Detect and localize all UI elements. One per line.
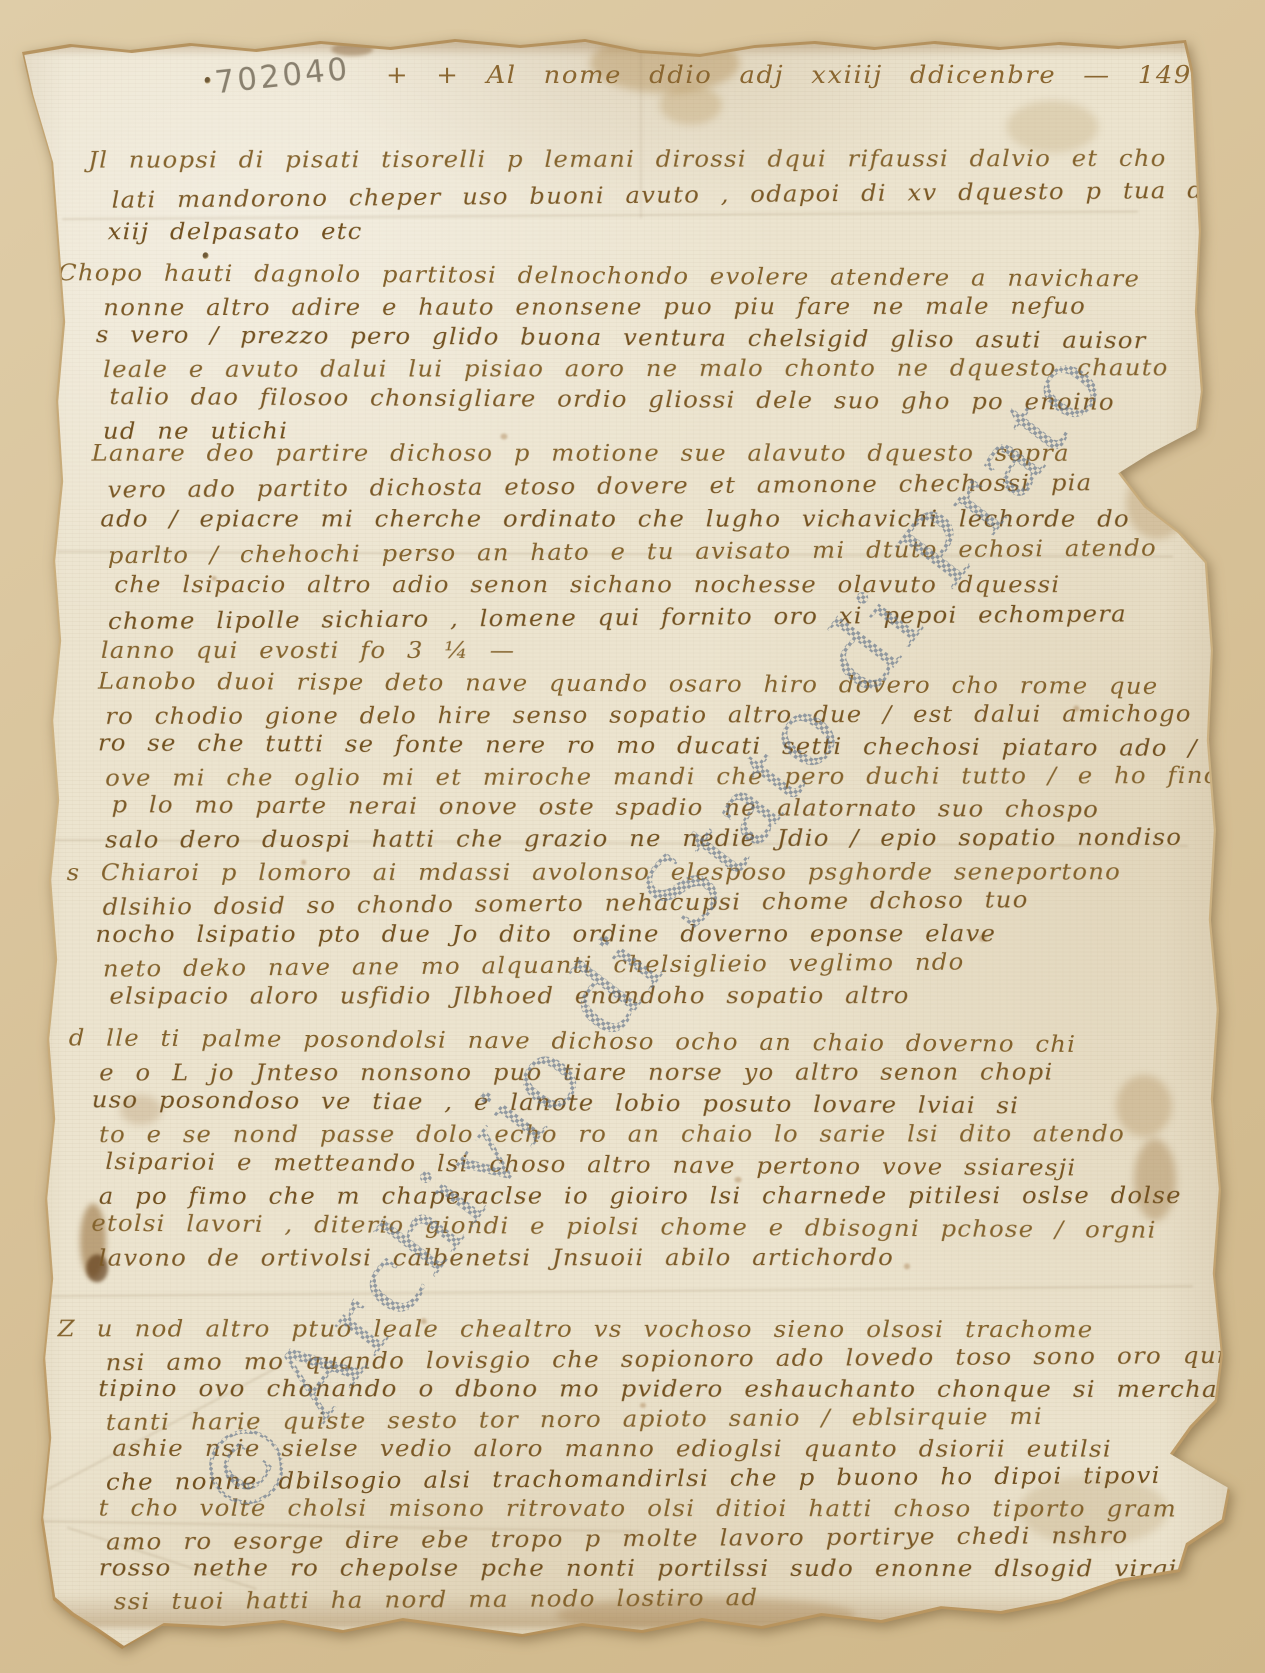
pinhole xyxy=(205,77,211,84)
manuscript-line: Z u nod altro ptuo leale chealtro vs voc… xyxy=(58,1314,1226,1345)
manuscript-line: nonne altro adire e hauto enonsene puo p… xyxy=(103,292,1169,325)
manuscript-line: lati mandorono cheper uso buoni avuto , … xyxy=(111,172,1246,218)
manuscript-line: rosso nethe ro chepolse pche nonti porti… xyxy=(99,1553,1227,1584)
manuscript-line: lsiparioi e metteando lsi choso altro na… xyxy=(105,1147,1182,1185)
manuscript-line: nsi amo mo quando lovisgio che sopionoro… xyxy=(106,1341,1227,1378)
paragraph: s Chiaroi p lomoro ai mdassi avolonso el… xyxy=(95,856,1122,1015)
crease-line xyxy=(47,1285,1193,1297)
manuscript-line: chome lipolle sichiaro , lomene qui forn… xyxy=(108,598,1157,639)
manuscript-paper: 702040 + + Al nome ddio adj xxiiij ddice… xyxy=(2,3,1262,1670)
manuscript-line: a po fimo che m chaperaclse io gioiro ls… xyxy=(99,1181,1182,1213)
manuscript-line: tipino ovo chonando o dbono mo pvidero e… xyxy=(98,1374,1226,1405)
manuscript-line: ashie nsie sielse vedio aloro manno edio… xyxy=(112,1434,1226,1465)
manuscript-line: talio dao filosoo chonsigliare ordio gli… xyxy=(109,382,1168,419)
paragraph: Z u nod altro ptuo leale chealtro vs voc… xyxy=(98,1313,1227,1615)
manuscript-line: e o L jo Jnteso nonsono puo tiare norse … xyxy=(99,1058,1182,1090)
manuscript-line: che nonne dbilsogio alsi trachomandirlsi… xyxy=(106,1461,1227,1498)
manuscript-line: ove mi che oglio mi et miroche mandi che… xyxy=(105,761,1265,795)
manuscript-line: p lo mo parte nerai onove oste spadio ne… xyxy=(111,790,1265,827)
manuscript-line: neto deko nave ane mo alquanti chelsigli… xyxy=(103,946,1122,985)
manuscript-line: d lle ti palme posondolsi nave dichoso o… xyxy=(69,1023,1183,1061)
manuscript-line: Lanobo duoi rispe deto nave quando osaro… xyxy=(98,667,1265,704)
paragraph: Lanobo duoi rispe deto nave quando osaro… xyxy=(98,669,1265,856)
header-date-line: + + Al nome ddio adj xxiiij ddicenbre — … xyxy=(386,61,1210,89)
manuscript-line: tanti harie quiste sesto tor noro apioto… xyxy=(106,1401,1227,1438)
manuscript-line: Lanare deo partire dichoso p motione sue… xyxy=(92,438,1157,471)
manuscript-line: uso posondoso ve tiae , e lanote lobio p… xyxy=(92,1085,1183,1123)
manuscript-line: vero ado partito dichosta etoso dovere e… xyxy=(107,467,1156,508)
manuscript-line: Chopo hauti dagnolo partitosi delnochond… xyxy=(58,258,1169,295)
manuscript-line: nocho lsipatio pto due Jo dito ordine do… xyxy=(95,919,1121,951)
manuscript-line: dlsihio dosid so chondo somerto nehacups… xyxy=(103,884,1122,923)
manuscript-line: elsipacio aloro usfidio Jlbhoed enondoho… xyxy=(109,981,1121,1013)
paper-shadow: 702040 + + Al nome ddio adj xxiiij ddice… xyxy=(0,0,1265,1673)
manuscript-line: Jl nuopsi di pisati tisorelli p lemani d… xyxy=(88,141,1246,179)
manuscript-scan: 702040 + + Al nome ddio adj xxiiij ddice… xyxy=(0,0,1265,1673)
manuscript-line: leale e avuto dalui lui pisiao aoro ne m… xyxy=(103,353,1169,386)
stain xyxy=(30,782,44,800)
manuscript-line: parlto / chehochi perso an hato e tu avi… xyxy=(108,532,1157,573)
manuscript-line: amo ro esorge dire ebe tropo p molte lav… xyxy=(106,1520,1227,1557)
paragraph: Chopo hauti dagnolo partitosi delnochond… xyxy=(96,260,1169,448)
manuscript-line: to e se nond passe dolo echo ro an chaio… xyxy=(99,1119,1182,1151)
manuscript-line: salo dero duospi hatti che grazio ne ned… xyxy=(105,823,1265,857)
manuscript-line: lanno qui evosti fo 3 ¼ — xyxy=(101,635,1158,668)
manuscript-line: s Chiaroi p lomoro ai mdassi avolonso el… xyxy=(67,857,1122,889)
stain xyxy=(660,85,722,125)
manuscript-line: etolsi lavori , diterio giondi e piolsi … xyxy=(91,1209,1182,1247)
manuscript-line: che lsipacio altro adio senon sichano no… xyxy=(114,569,1157,602)
manuscript-line: s vero / prezzo pero glido buona ventura… xyxy=(96,320,1169,357)
manuscript-line: t cho volte cholsi misono ritrovato olsi… xyxy=(99,1494,1227,1525)
archival-number: 702040 xyxy=(213,51,352,101)
manuscript-line: ssi tuoi hatti ha nord ma nodo lostiro a… xyxy=(114,1580,1227,1617)
manuscript-line: xiij delpasato etc xyxy=(108,213,1247,251)
manuscript-line: ro se che tutti se fonte nere ro mo duca… xyxy=(98,728,1265,765)
paragraph: Lanare deo partire dichoso p motione sue… xyxy=(100,436,1157,670)
manuscript-line: lavono de ortivolsi calbenetsi Jnsuoii a… xyxy=(99,1243,1182,1275)
paragraph: Jl nuopsi di pisati tisorelli p lemani d… xyxy=(88,139,1247,252)
manuscript-line: ado / epiacre mi cherche ordinato che lu… xyxy=(100,504,1157,537)
paragraph: d lle ti palme posondolsi nave dichoso o… xyxy=(91,1025,1182,1276)
manuscript-line: ro chodio gione delo hire senso sopatio … xyxy=(105,699,1265,733)
